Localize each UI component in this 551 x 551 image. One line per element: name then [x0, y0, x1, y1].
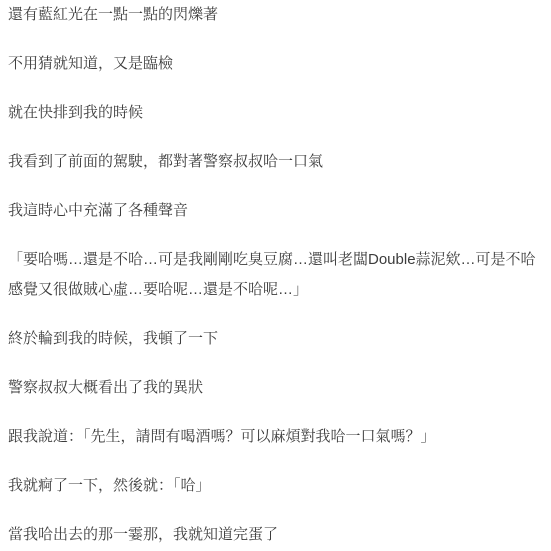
story-paragraph: 終於輪到我的時候，我頓了一下 — [8, 324, 545, 354]
story-paragraph: 跟我說道：「先生，請問有喝酒嗎？可以麻煩對我哈一口氣嗎？」 — [8, 422, 545, 452]
story-paragraph: 當我哈出去的那一霎那，我就知道完蛋了 — [8, 520, 545, 550]
story-paragraph: 不用猜就知道，又是臨檢 — [8, 49, 545, 79]
story-paragraph: 我看到了前面的駕駛，都對著警察叔叔哈一口氣 — [8, 147, 545, 177]
page: { "page": { "background_color": "#ffffff… — [0, 0, 551, 551]
story-content: 還有藍紅光在一點一點的閃爍著不用猜就知道，又是臨檢就在快排到我的時候我看到了前面… — [0, 0, 551, 550]
story-paragraph: 警察叔叔大概看出了我的異狀 — [8, 373, 545, 403]
story-paragraph: 就在快排到我的時候 — [8, 98, 545, 128]
story-paragraph: 還有藍紅光在一點一點的閃爍著 — [8, 0, 545, 30]
story-paragraph: 我這時心中充滿了各種聲音 — [8, 196, 545, 226]
story-paragraph: 「要哈嗎…還是不哈…可是我剛剛吃臭豆腐…還叫老闆Double蒜泥欸…可是不哈感覺… — [8, 245, 545, 305]
story-paragraph: 我就痾了一下，然後就：「哈」 — [8, 471, 545, 501]
